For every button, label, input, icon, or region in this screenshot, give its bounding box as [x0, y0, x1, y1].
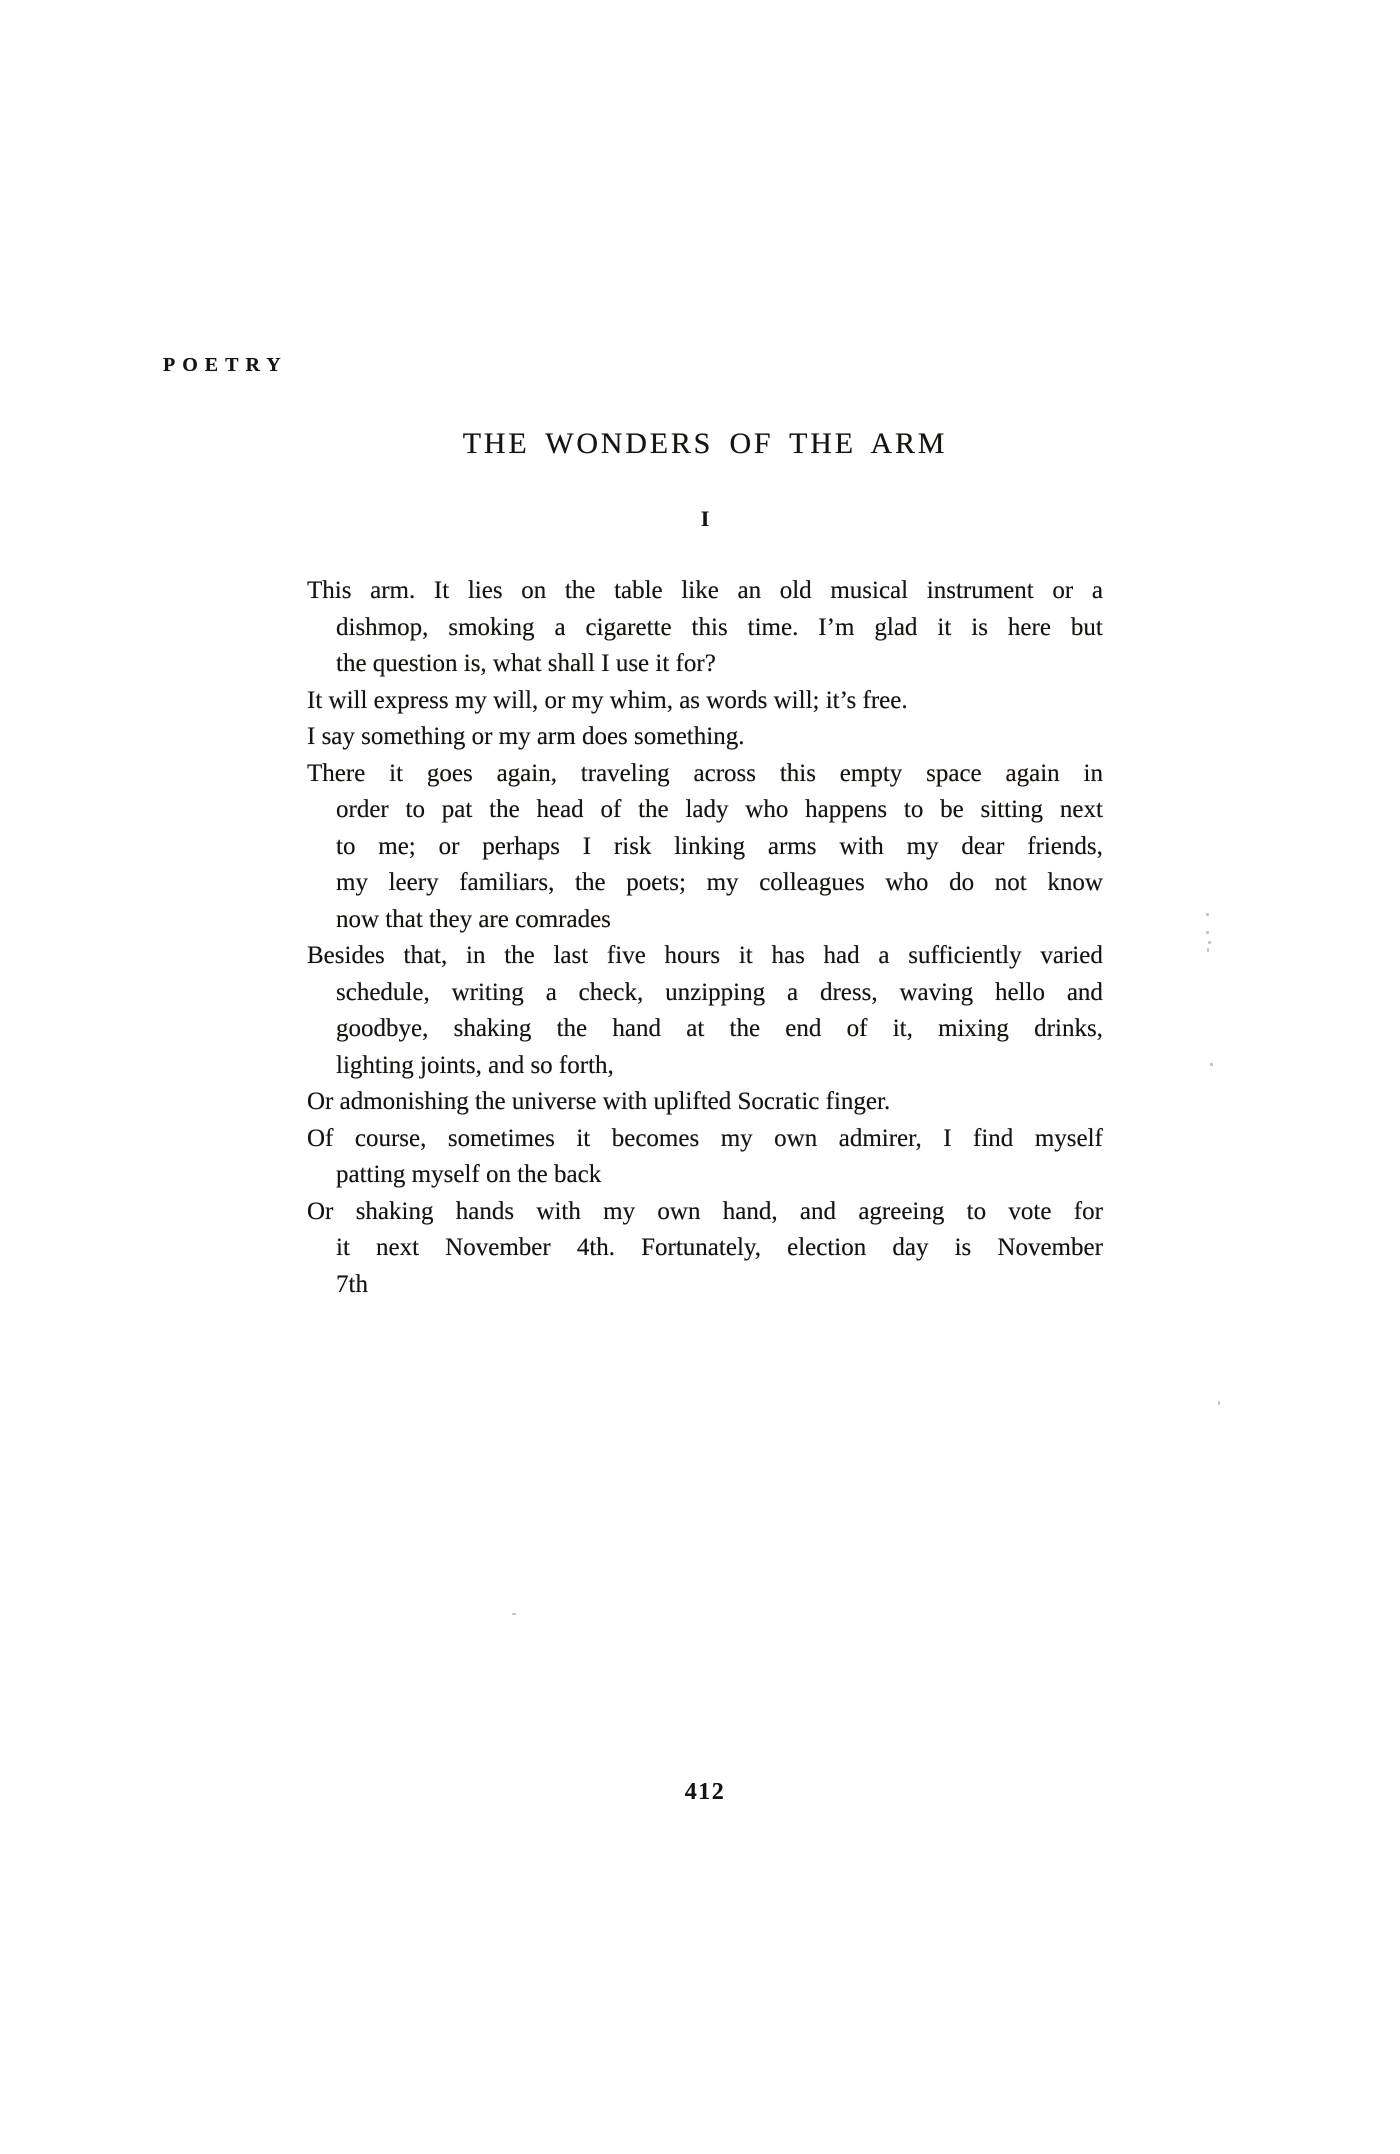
scan-speck	[1207, 948, 1209, 952]
poem-line: Or admonishing the universe with uplifte…	[307, 1084, 1103, 1121]
poem-line: Ofcourse,sometimesitbecomesmyownadmirer,…	[307, 1121, 1103, 1158]
page-number: 412	[307, 1780, 1103, 1804]
running-head: POETRY	[163, 355, 288, 375]
poem-line: the question is, what shall I use it for…	[307, 646, 1103, 683]
poem-line: patting myself on the back	[307, 1157, 1103, 1194]
poem-line: now that they are comrades	[307, 902, 1103, 939]
poem-line: 7th	[307, 1267, 1103, 1304]
poem-line: goodbye,shakingthehandattheendofit,mixin…	[307, 1011, 1103, 1048]
scan-speck	[1208, 941, 1211, 944]
poem-line: Orshakinghandswithmyownhand,andagreeingt…	[307, 1194, 1103, 1231]
scan-speck	[1206, 913, 1209, 916]
poem-line: I say something or my arm does something…	[307, 719, 1103, 756]
poem-line: Thisarm.Itliesonthetablelikeanoldmusical…	[307, 573, 1103, 610]
scan-speck	[1206, 931, 1209, 934]
poem-line: ordertopattheheadoftheladywhohappenstobe…	[307, 792, 1103, 829]
scanned-book-page: POETRY THE WONDERS OF THE ARM I Thisarm.…	[0, 0, 1400, 2154]
scan-speck	[1210, 1063, 1213, 1066]
scan-speck	[1218, 1401, 1220, 1405]
scan-speck	[512, 1613, 516, 1615]
poem-line: It will express my will, or my whim, as …	[307, 683, 1103, 720]
poem-line: Besidesthat,inthelastfivehoursithashadas…	[307, 938, 1103, 975]
section-numeral: I	[307, 508, 1103, 530]
poem-body: Thisarm.Itliesonthetablelikeanoldmusical…	[307, 573, 1103, 1303]
poem-line: Thereitgoesagain,travelingacrossthisempt…	[307, 756, 1103, 793]
poem-title: THE WONDERS OF THE ARM	[307, 429, 1103, 459]
poem-line: myleeryfamiliars,thepoets;mycolleagueswh…	[307, 865, 1103, 902]
poem-line: lighting joints, and so forth,	[307, 1048, 1103, 1085]
poem-line: tome;orperhapsIrisklinkingarmswithmydear…	[307, 829, 1103, 866]
poem-line: dishmop,smokingacigarettethistime.I’mgla…	[307, 610, 1103, 647]
poem-line: schedule,writingacheck,unzippingadress,w…	[307, 975, 1103, 1012]
poem-line: itnextNovember4th.Fortunately,electionda…	[307, 1230, 1103, 1267]
